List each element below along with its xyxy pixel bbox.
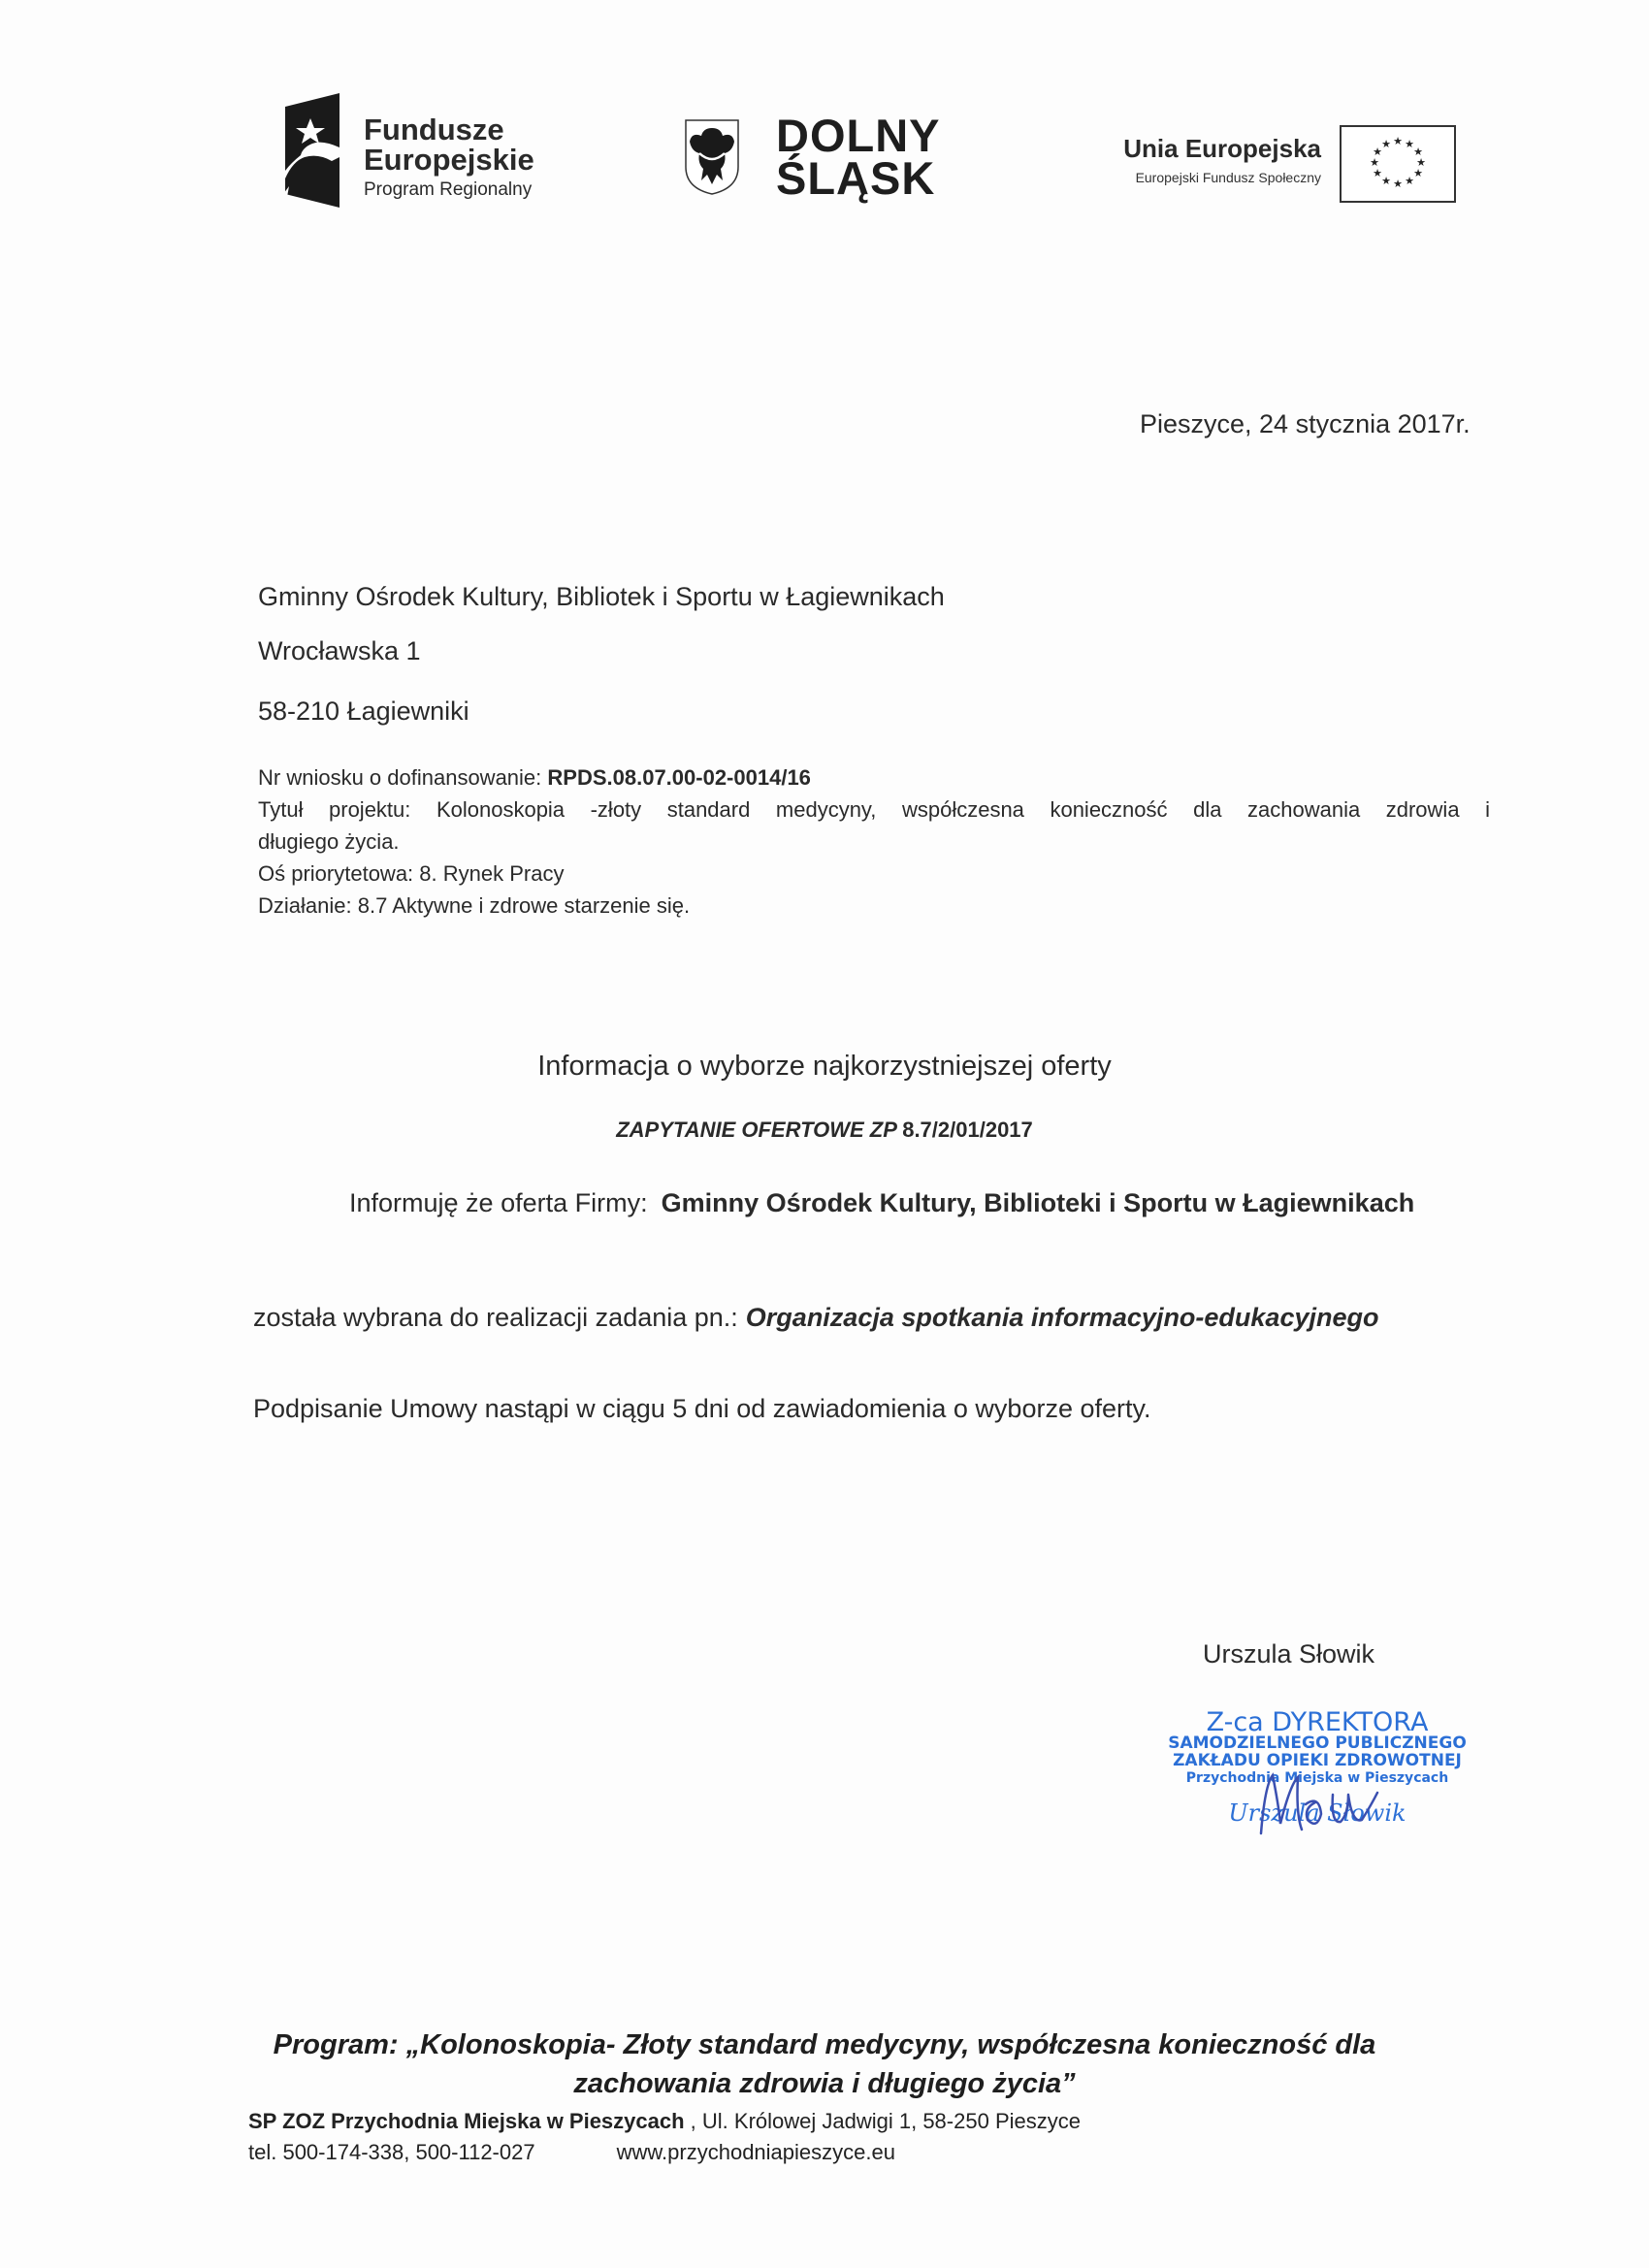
fe-line1: Fundusze (364, 114, 534, 145)
document-heading: Informacja o wyborze najkorzystniejszej … (0, 1051, 1649, 1083)
svg-text:★: ★ (1381, 175, 1391, 187)
ue-line1: Unia Europejska (1057, 134, 1321, 164)
footer-address: SP ZOZ Przychodnia Miejska w Pieszycach … (248, 2109, 1081, 2134)
winner-name: Gminny Ośrodek Kultury, Biblioteki i Spo… (662, 1188, 1415, 1217)
recipient-name: Gminny Ośrodek Kultury, Bibliotek i Spor… (258, 582, 945, 612)
stamp-line1: Z-ca DYREKTORA (1143, 1709, 1492, 1735)
recipient-street: Wrocławska 1 (258, 636, 421, 666)
informuje-label: Informuję że oferta Firmy: (349, 1188, 648, 1217)
footer-program-line1: Program: „Kolonoskopia- Złoty standard m… (0, 2025, 1649, 2064)
signing-info: Podpisanie Umowy nastąpi w ciągu 5 dni o… (253, 1394, 1151, 1424)
svg-text:★: ★ (1405, 175, 1414, 187)
ue-line2: Europejski Fundusz Społeczny (1057, 170, 1321, 185)
selected-label: została wybrana do realizacji zadania pn… (253, 1303, 738, 1332)
application-line: Nr wniosku o dofinansowanie: RPDS.08.07.… (258, 761, 1490, 794)
footer-phone: tel. 500-174-338, 500-112-027 (248, 2140, 535, 2164)
footer-contact: tel. 500-174-338, 500-112-027www.przycho… (248, 2140, 895, 2165)
fundusze-europejskie-logo-icon (283, 93, 341, 208)
signer-name: Urszula Słowik (1203, 1639, 1374, 1669)
footer-org-address: , Ul. Królowej Jadwigi 1, 58-250 Pieszyc… (685, 2109, 1081, 2133)
handwritten-signature-icon (1251, 1766, 1387, 1843)
eagle-crest-icon (684, 118, 740, 196)
fundusze-europejskie-text: Fundusze Europejskie Program Regionalny (364, 114, 534, 199)
footer-program-line2: zachowania zdrowia i długiego życia” (0, 2064, 1649, 2103)
footer-website-link[interactable]: www.przychodniapieszyce.eu (617, 2140, 895, 2164)
project-info: Nr wniosku o dofinansowanie: RPDS.08.07.… (258, 761, 1490, 922)
application-label: Nr wniosku o dofinansowanie: (258, 765, 547, 790)
svg-text:★: ★ (1413, 167, 1423, 179)
fe-line2: Europejskie (364, 145, 534, 175)
inquiry-value: 8.7/2/01/2017 (902, 1118, 1033, 1142)
footer-org-name: SP ZOZ Przychodnia Miejska w Pieszycach (248, 2109, 685, 2133)
ds-line1: DOLNY (776, 114, 941, 157)
place-date: Pieszyce, 24 stycznia 2017r. (1140, 409, 1471, 439)
inquiry-prefix: ZAPYTANIE OFERTOWE ZP (616, 1118, 902, 1142)
winner-line: Informuję że oferta Firmy:Gminny Ośrodek… (349, 1188, 1414, 1218)
svg-text:★: ★ (1393, 135, 1403, 147)
eu-flag-icon: ★★★ ★★★ ★★★ ★★★ (1340, 125, 1456, 203)
task-line: została wybrana do realizacji zadania pn… (253, 1303, 1378, 1333)
project-title-line1: Tytuł projektu: Kolonoskopia -złoty stan… (258, 794, 1490, 826)
application-number: RPDS.08.07.00-02-0014/16 (547, 765, 811, 790)
task-name: Organizacja spotkania informacyjno-eduka… (746, 1303, 1379, 1332)
svg-text:★: ★ (1381, 138, 1391, 150)
svg-text:★: ★ (1393, 178, 1403, 190)
priority-axis: Oś priorytetowa: 8. Rynek Pracy (258, 858, 1490, 890)
dolny-slask-text: DOLNY ŚLĄSK (776, 114, 941, 199)
ds-line2: ŚLĄSK (776, 157, 941, 200)
unia-europejska-text: Unia Europejska Europejski Fundusz Społe… (1057, 134, 1321, 185)
action: Działanie: 8.7 Aktywne i zdrowe starzeni… (258, 890, 1490, 922)
fe-line3: Program Regionalny (364, 180, 534, 199)
recipient-city: 58-210 Łagiewniki (258, 697, 469, 727)
project-title-line2: długiego życia. (258, 826, 1490, 858)
inquiry-number: ZAPYTANIE OFERTOWE ZP 8.7/2/01/2017 (0, 1118, 1649, 1143)
